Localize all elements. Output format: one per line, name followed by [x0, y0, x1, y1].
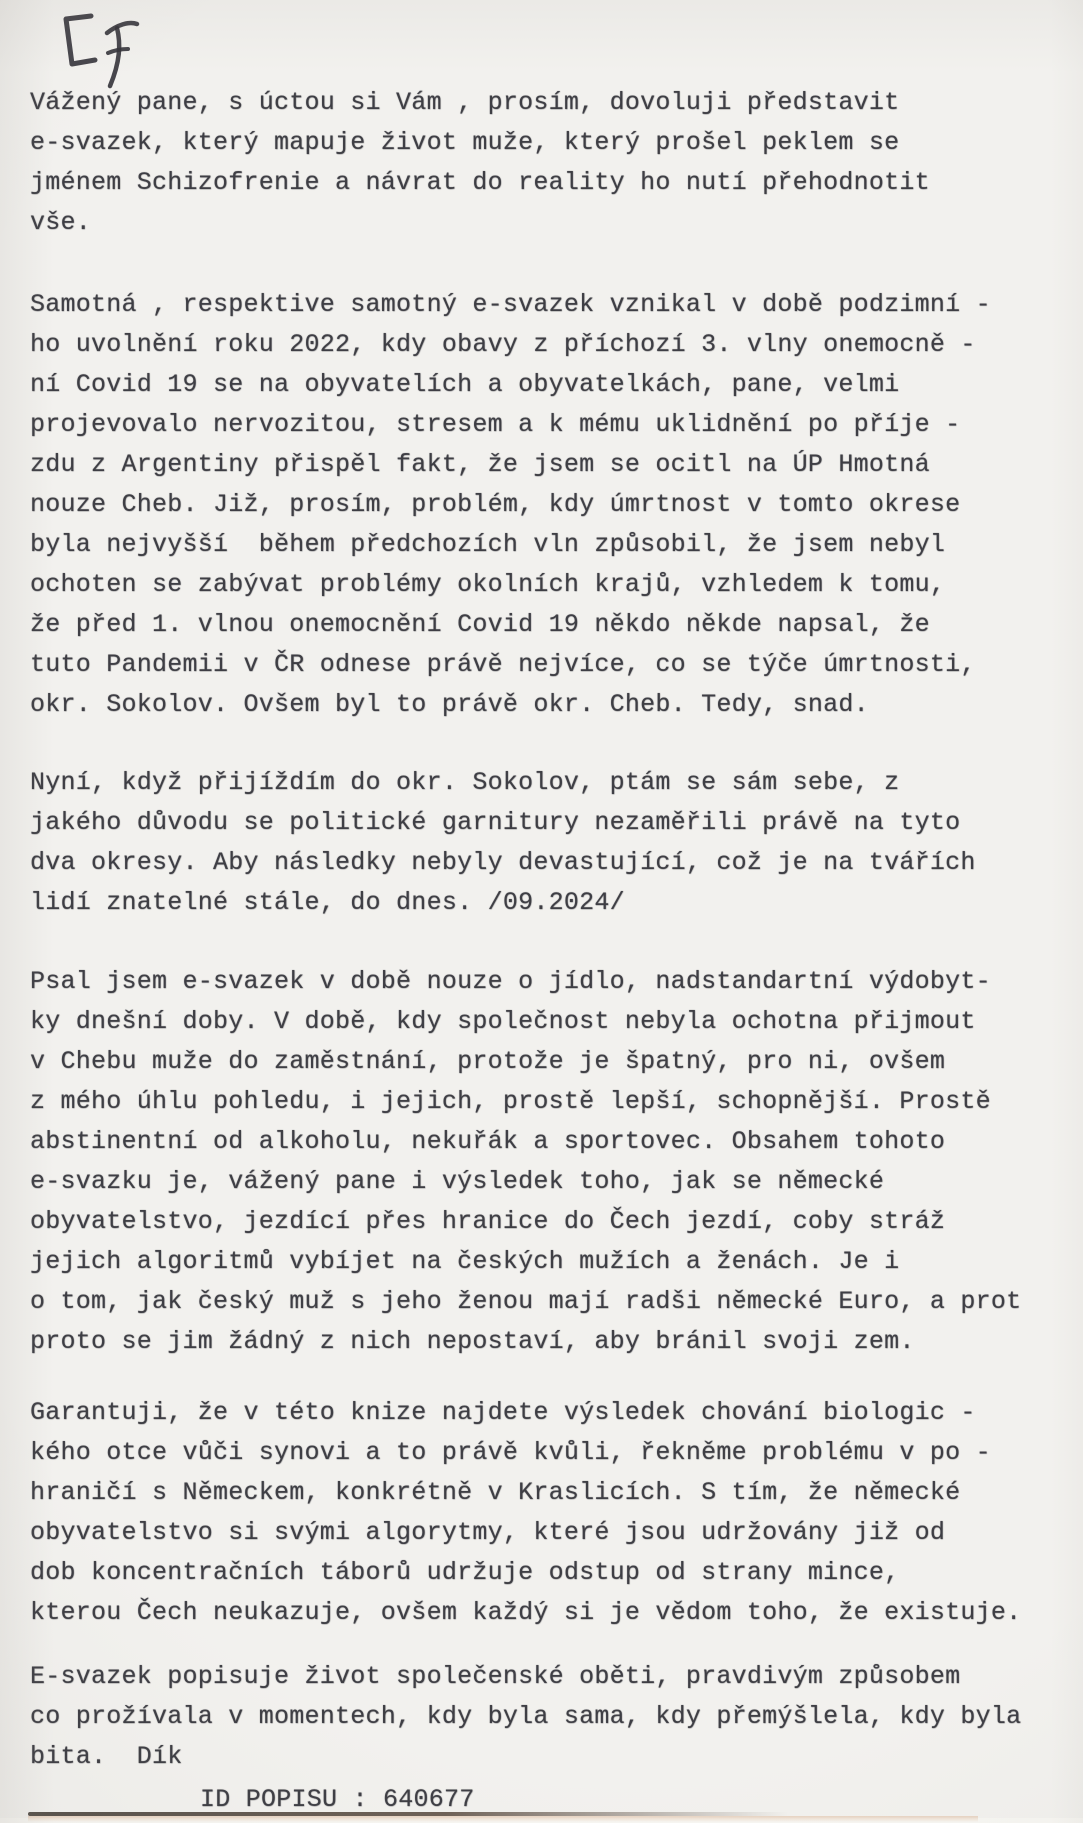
text-line: Samotná , respektive samotný e-svazek vz…: [30, 285, 991, 325]
text-line: v Chebu muže do zaměstnání, protože je š…: [30, 1042, 1021, 1082]
text-line: kterou Čech neukazuje, ovšem každý si je…: [30, 1593, 1021, 1633]
text-line: kého otce vůči synovi a to právě kvůli, …: [30, 1433, 1021, 1473]
text-line: jejich algoritmů vybíjet na českých muží…: [30, 1242, 1021, 1282]
paragraph-intro: Vážený pane, s úctou si Vám , prosím, do…: [30, 83, 930, 243]
paragraph-origin: Samotná , respektive samotný e-svazek vz…: [30, 285, 991, 725]
paragraph-guarantee: Garantuji, že v této knize najdete výsle…: [30, 1393, 1021, 1633]
paragraph-districts: Nyní, když přijíždím do okr. Sokolov, pt…: [30, 763, 976, 923]
text-line: projevovalo nervozitou, stresem a k mému…: [30, 405, 991, 445]
text-line: vše.: [30, 203, 930, 243]
text-line: proto se jim žádný z nich nepostaví, aby…: [30, 1322, 1021, 1362]
paper-bottom-edge-shade: [28, 1816, 978, 1822]
text-line: o tom, jak český muž s jeho ženou mají r…: [30, 1282, 1021, 1322]
text-line: lidí znatelné stále, do dnes. /09.2024/: [30, 883, 976, 923]
text-line: jakého důvodu se politické garnitury nez…: [30, 803, 976, 843]
text-line: e-svazku je, vážený pane i výsledek toho…: [30, 1162, 1021, 1202]
text-line: obyvatelstvo si svými algorytmy, které j…: [30, 1513, 1021, 1553]
text-line: dob koncentračních táborů udržuje odstup…: [30, 1553, 1021, 1593]
text-line: ho uvolnění roku 2022, kdy obavy z přích…: [30, 325, 991, 365]
text-line: Garantuji, že v této knize najdete výsle…: [30, 1393, 1021, 1433]
text-line: z mého úhlu pohledu, i jejich, prostě le…: [30, 1082, 1021, 1122]
text-line: co prožívala v momentech, kdy byla sama,…: [30, 1697, 1021, 1737]
text-line: abstinentní od alkoholu, nekuřák a sport…: [30, 1122, 1021, 1162]
text-line: byla nejvyšší během předchozích vln způs…: [30, 525, 991, 565]
paragraph-writing: Psal jsem e-svazek v době nouze o jídlo,…: [30, 962, 1021, 1362]
text-line: Psal jsem e-svazek v době nouze o jídlo,…: [30, 962, 1021, 1002]
text-line: ochoten se zabývat problémy okolních kra…: [30, 565, 991, 605]
text-line: bita. Dík: [30, 1737, 1021, 1777]
text-line: ní Covid 19 se na obyvatelích a obyvatel…: [30, 365, 991, 405]
paragraph-closing: E-svazek popisuje život společenské obět…: [30, 1657, 1021, 1777]
text-line: nouze Cheb. Již, prosím, problém, kdy úm…: [30, 485, 991, 525]
text-line: okr. Sokolov. Ovšem byl to právě okr. Ch…: [30, 685, 991, 725]
text-line: Vážený pane, s úctou si Vám , prosím, do…: [30, 83, 930, 123]
text-line: E-svazek popisuje život společenské obět…: [30, 1657, 1021, 1697]
text-line: obyvatelstvo, jezdící přes hranice do Če…: [30, 1202, 1021, 1242]
text-line: tuto Pandemii v ČR odnese právě nejvíce,…: [30, 645, 991, 685]
document-page: Vážený pane, s úctou si Vám , prosím, do…: [0, 0, 1083, 1823]
text-line: hraničí s Německem, konkrétně v Kraslicí…: [30, 1473, 1021, 1513]
text-line: Nyní, když přijíždím do okr. Sokolov, pt…: [30, 763, 976, 803]
text-line: dva okresy. Aby následky nebyly devastuj…: [30, 843, 976, 883]
text-line: jménem Schizofrenie a návrat do reality …: [30, 163, 930, 203]
text-line: že před 1. vlnou onemocnění Covid 19 něk…: [30, 605, 991, 645]
text-line: zdu z Argentiny přispěl fakt, že jsem se…: [30, 445, 991, 485]
text-line: e-svazek, který mapuje život muže, který…: [30, 123, 930, 163]
text-line: ky dnešní doby. V době, kdy společnost n…: [30, 1002, 1021, 1042]
